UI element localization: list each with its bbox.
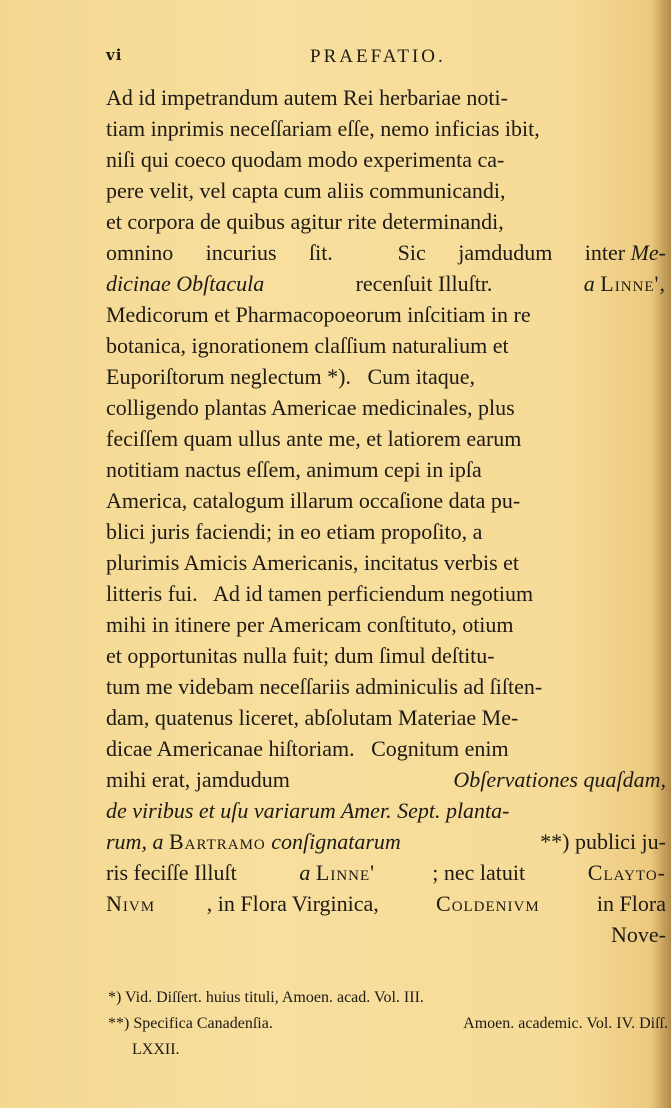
line-text: blici juris faciendi; in eo etiam propoſ… [106, 516, 482, 547]
line-text: dam, quatenus liceret, abſolutam Materia… [106, 702, 518, 733]
text-line: botanica, ignorationem claſſium naturali… [106, 330, 666, 361]
line-text: in Flora [591, 888, 666, 919]
author-name: Linne' [316, 860, 375, 885]
line-text: pere velit, vel capta cum aliis communic… [106, 175, 506, 206]
footnote-text: Amoen. academic. Vol. IV. Diſſ. [463, 1011, 668, 1037]
line-text: feciſſem quam ullus ante me, et latiorem… [106, 423, 521, 454]
footnotes: *) Vid. Diſſert. huius tituli, Amoen. ac… [108, 985, 668, 1063]
text-line: mihi erat, jamdudum Obſervationes quaſda… [106, 764, 666, 795]
line-text: et opportunitas nulla fuit; dum ſimul de… [106, 640, 495, 671]
italic-text: rum, a [106, 829, 169, 854]
italic-text: a [299, 860, 316, 885]
line-text: Ad id impetrandum autem Rei herbariae no… [106, 82, 508, 113]
text-line: blici juris faciendi; in eo etiam propoſ… [106, 516, 666, 547]
text-line: America, catalogum illarum occaſione dat… [106, 485, 666, 516]
line-text: litteris fui. Ad id tamen perficiendum n… [106, 578, 533, 609]
text-line: dicae Americanae hiſtoriam. Cognitum eni… [106, 733, 666, 764]
italic-text: Me- [631, 237, 666, 268]
footnote-2: **) Specifica Canadenſia.Amoen. academic… [108, 1011, 668, 1037]
line-text: mihi in itinere per Americam conſtituto,… [106, 609, 514, 640]
text-line: dicinae Obſtacula recenſuit Illuſtr. a L… [106, 268, 666, 299]
line-text: dicae Americanae hiſtoriam. Cognitum eni… [106, 733, 509, 764]
italic-title: de viribus et uſu variarum Amer. Sept. p… [106, 795, 510, 826]
line-text: plurimis Amicis Americanis, incitatus ve… [106, 547, 519, 578]
text-line: pere velit, vel capta cum aliis communic… [106, 175, 666, 206]
footnote-text: LXXII. [132, 1037, 180, 1063]
footnote-2-continued: LXXII. [108, 1037, 668, 1063]
author-name: Nivm [106, 888, 155, 919]
line-text: ris feciſſe Illuſt [106, 857, 242, 888]
line-text: tiam inprimis neceſſariam eſſe, nemo inf… [106, 113, 540, 144]
author-name: Bartramo [169, 829, 266, 854]
text-line: tiam inprimis neceſſariam eſſe, nemo inf… [106, 113, 666, 144]
line-text: Euporiſtorum neglectum *). Cum itaque, [106, 361, 475, 392]
catchword-line: Nove- [106, 919, 666, 950]
line-text: niſi qui coeco quodam modo experimenta c… [106, 144, 504, 175]
line-text: mihi erat, jamdudum [106, 764, 295, 795]
text-line: Medicorum et Pharmacopoeorum inſcitiam i… [106, 299, 666, 330]
text-line: feciſſem quam ullus ante me, et latiorem… [106, 423, 666, 454]
text-line: rum, a Bartramo conſignatarum **) public… [106, 826, 666, 857]
italic-text: conſignatarum [266, 829, 401, 854]
line-text: tum me videbam neceſſariis adminiculis a… [106, 671, 542, 702]
footnote-1: *) Vid. Diſſert. huius tituli, Amoen. ac… [108, 985, 668, 1011]
line-text: recenſuit Illuſtr. [350, 268, 498, 299]
author-name: Coldenivm [436, 888, 540, 919]
line-text: Medicorum et Pharmacopoeorum inſcitiam i… [106, 299, 531, 330]
text-line: et corpora de quibus agitur rite determi… [106, 206, 666, 237]
page-header: vi PRAEFATIO. [0, 46, 671, 70]
line-text: , in Flora Virginica, [207, 888, 385, 919]
line-text: notitiam nactus eſſem, animum cepi in ip… [106, 454, 482, 485]
text-line: notitiam nactus eſſem, animum cepi in ip… [106, 454, 666, 485]
author-name: Clayto- [588, 857, 666, 888]
text-line: et opportunitas nulla fuit; dum ſimul de… [106, 640, 666, 671]
text-line: colligendo plantas Americae medicinales,… [106, 392, 666, 423]
text-line: litteris fui. Ad id tamen perficiendum n… [106, 578, 666, 609]
text-line: Euporiſtorum neglectum *). Cum itaque, [106, 361, 666, 392]
line-text: omnino incurius ſit. Sic jamdudum inter [106, 237, 631, 268]
text-line: ris feciſſe Illuſt a Linne'; nec latuit … [106, 857, 666, 888]
page-number: vi [106, 46, 122, 64]
line-text: colligendo plantas Americae medicinales,… [106, 392, 515, 423]
text-line: Nivm, in Flora Virginica, Coldenivm in F… [106, 888, 666, 919]
body-text: Ad id impetrandum autem Rei herbariae no… [106, 82, 666, 950]
text-line: omnino incurius ſit. Sic jamdudum inter … [106, 237, 666, 268]
text-line: de viribus et uſu variarum Amer. Sept. p… [106, 795, 666, 826]
text-line: Ad id impetrandum autem Rei herbariae no… [106, 82, 666, 113]
footnote-text: **) Specifica Canadenſia. [108, 1011, 273, 1037]
line-text: et corpora de quibus agitur rite determi… [106, 206, 504, 237]
line-text: ; nec latuit [432, 857, 530, 888]
line-text: **) publici ju- [535, 826, 666, 857]
text-line: tum me videbam neceſſariis adminiculis a… [106, 671, 666, 702]
footnote-text: *) Vid. Diſſert. huius tituli, Amoen. ac… [108, 985, 424, 1011]
book-page: vi PRAEFATIO. Ad id impetrandum autem Re… [0, 0, 671, 1108]
line-text: botanica, ignorationem claſſium naturali… [106, 330, 509, 361]
text-line: dam, quatenus liceret, abſolutam Materia… [106, 702, 666, 733]
italic-title: dicinae Obſtacula [106, 268, 264, 299]
text-line: mihi in itinere per Americam conſtituto,… [106, 609, 666, 640]
catchword: Nove- [611, 919, 666, 950]
text-line: niſi qui coeco quodam modo experimenta c… [106, 144, 666, 175]
author-name: Linne', [600, 271, 666, 296]
italic-text: a [584, 271, 601, 296]
running-title: PRAEFATIO. [310, 46, 446, 68]
line-text: America, catalogum illarum occaſione dat… [106, 485, 520, 516]
text-line: plurimis Amicis Americanis, incitatus ve… [106, 547, 666, 578]
italic-title: Obſervationes quaſdam, [453, 764, 666, 795]
